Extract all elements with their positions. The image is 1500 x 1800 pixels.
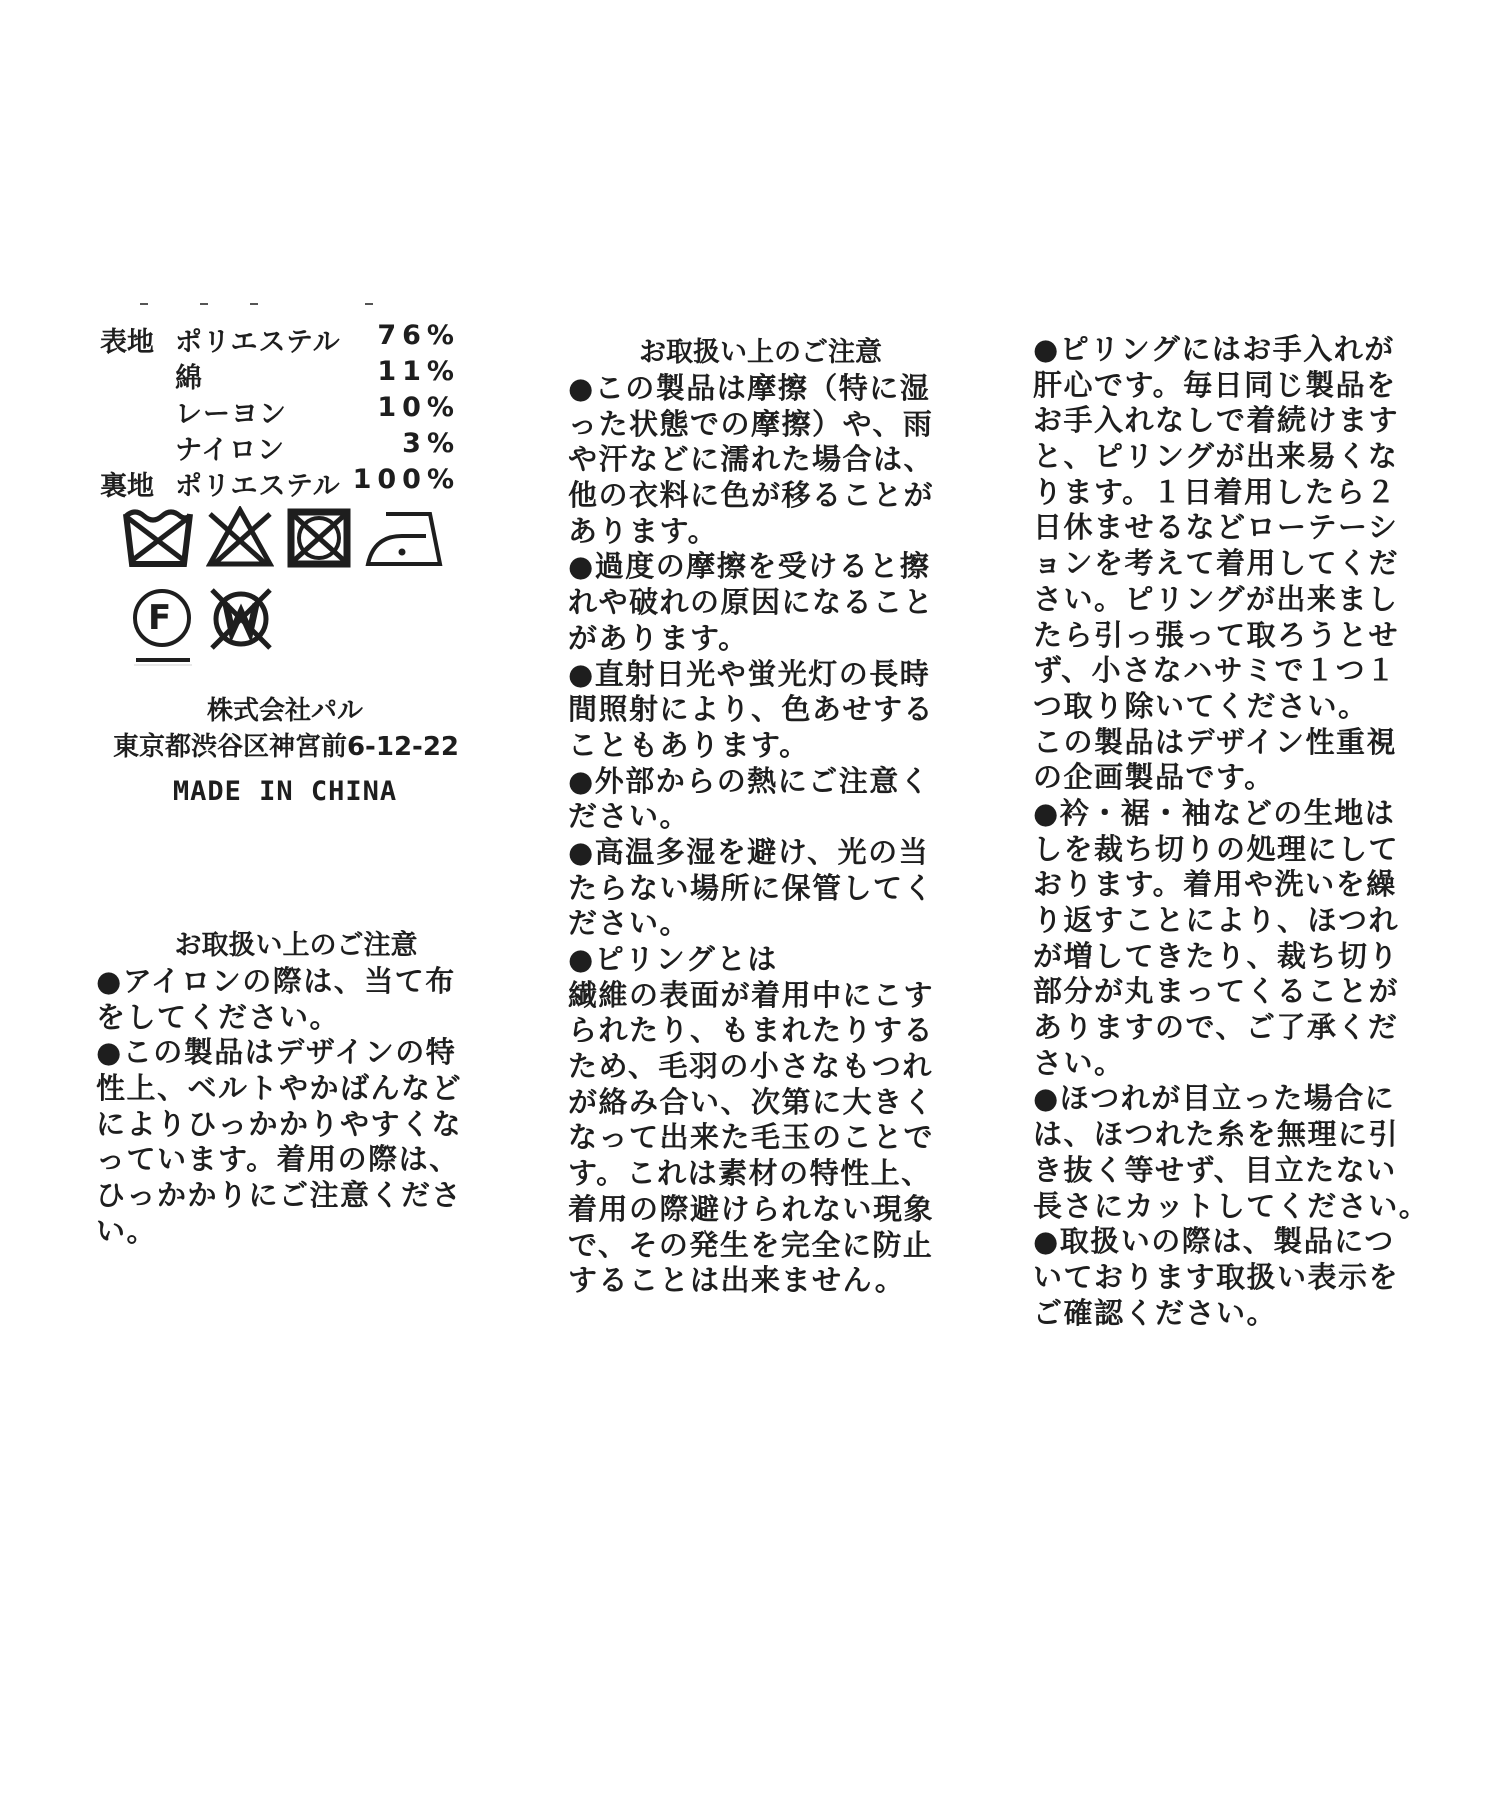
notice-line: ●アイロンの際は、当て布 [96, 964, 476, 1000]
wet-clean-prohibited-icon [208, 586, 274, 652]
notice-line: 長さにカットしてください。 [1033, 1189, 1453, 1225]
notice-line: あります。 [568, 514, 953, 550]
notice-line: たら引っ張って取ろうとせ [1033, 618, 1453, 654]
notice-line: は、ほつれた糸を無理に引 [1033, 1117, 1453, 1153]
composition-row: レーヨン 10% [100, 392, 460, 428]
notice-line: こともあります。 [568, 728, 953, 764]
composition-row: 表地 ポリエステル 76% [100, 320, 460, 356]
notice-line: 繊維の表面が着用中にこす [568, 978, 953, 1014]
material-percent: 76% [377, 320, 460, 351]
fabric-part: 裏地 [100, 464, 154, 503]
notice-line: や汗などに濡れた場合は、 [568, 442, 953, 478]
notice-line: ●この製品はデザインの特 [96, 1035, 476, 1071]
notice-line: いております取扱い表示を [1033, 1260, 1453, 1296]
notice-line: ●衿・裾・袖などの生地は [1033, 796, 1453, 832]
company-address: 東京都渋谷区神宮前6-12-22 [96, 730, 476, 764]
dry-clean-letter: F [148, 600, 171, 636]
notice-line: さい。 [1033, 1046, 1453, 1082]
notice-line: ●ピリングにはお手入れが [1033, 332, 1453, 368]
notice-line: 日休ませるなどローテーシ [1033, 510, 1453, 546]
material-name: ポリエステル [175, 464, 341, 503]
material-name: ポリエステル [175, 320, 341, 359]
wash-prohibited-icon [122, 508, 194, 568]
notice-line: ります。１日着用したら２ [1033, 475, 1453, 511]
notice-line: 性上、ベルトやかばんなど [96, 1071, 476, 1107]
notice-line: ご確認ください。 [1033, 1296, 1453, 1332]
bleach-prohibited-icon [206, 506, 274, 568]
notice-line: った状態での摩擦）や、雨 [568, 407, 953, 443]
tumble-dry-prohibited-icon [286, 508, 352, 568]
top-dash-marks [140, 303, 380, 306]
notice-line: ひっかかりにご注意くださ [96, 1178, 476, 1214]
company-name: 株式会社パル [100, 694, 470, 728]
notice-line: が絡み合い、次第に大きく [568, 1085, 953, 1121]
notice-line: おります。着用や洗いを繰 [1033, 867, 1453, 903]
notice-line: 着用の際避けられない現象 [568, 1192, 953, 1228]
notice-line: れや破れの原因になること [568, 585, 953, 621]
notice-line: することは出来ません。 [568, 1263, 953, 1299]
material-name: ナイロン [175, 428, 285, 467]
notice-line: ●外部からの熱にご注意く [568, 764, 953, 800]
material-name: 綿 [175, 356, 203, 395]
notice-line: と、ピリングが出来易くな [1033, 439, 1453, 475]
notice-line: ●直射日光や蛍光灯の長時 [568, 657, 953, 693]
notice-line: お手入れなしで着続けます [1033, 403, 1453, 439]
composition-row: 綿 11% [100, 356, 460, 392]
material-percent: 100% [353, 464, 460, 495]
notice-line: つ取り除いてください。 [1033, 689, 1453, 725]
country-of-origin: MADE IN CHINA [100, 774, 470, 810]
notice-line: り返すことにより、ほつれ [1033, 903, 1453, 939]
notice-line: 間照射により、色あせする [568, 692, 953, 728]
notice-line: ●高温多湿を避け、光の当 [568, 835, 953, 871]
notice-line: き抜く等せず、目立たない [1033, 1153, 1453, 1189]
material-name: レーヨン [175, 392, 287, 431]
notice-line: たらない場所に保管してく [568, 871, 953, 907]
notice-line: ●この製品は摩擦（特に湿 [568, 371, 953, 407]
notice-line: 他の衣料に色が移ることが [568, 478, 953, 514]
notice-line: なって出来た毛玉のことで [568, 1120, 953, 1156]
material-percent: 11% [377, 356, 460, 387]
notice-line: ●過度の摩擦を受けると擦 [568, 549, 953, 585]
notice-line: ず、小さなハサミで１つ１ [1033, 653, 1453, 689]
notice-title: お取扱い上のご注意 [96, 928, 476, 964]
notice-line: 部分が丸まってくることが [1033, 974, 1453, 1010]
notice-line: をしてください。 [96, 1000, 476, 1036]
composition-row: ナイロン 3% [100, 428, 460, 464]
notice-line: っています。着用の際は、 [96, 1142, 476, 1178]
notice-line: この製品はデザイン性重視 [1033, 725, 1453, 761]
iron-low-temp-icon [364, 510, 444, 568]
notice-line: い。 [96, 1214, 476, 1250]
notice-line: ●取扱いの際は、製品につ [1033, 1224, 1453, 1260]
middle-care-notice: お取扱い上のご注意 ●この製品は摩擦（特に湿 った状態での摩擦）や、雨 や汗など… [568, 335, 953, 1299]
notice-line: す。これは素材の特性上、 [568, 1156, 953, 1192]
notice-line: で、その発生を完全に防止 [568, 1228, 953, 1264]
notice-line: ●ほつれが目立った場合に [1033, 1081, 1453, 1117]
notice-line: が増してきたり、裁ち切り [1033, 939, 1453, 975]
material-percent: 3% [402, 428, 460, 459]
right-care-notice: ●ピリングにはお手入れが 肝心です。毎日同じ製品を お手入れなしで着続けます と… [1033, 332, 1453, 1331]
notice-line: ありますので、ご了承くだ [1033, 1010, 1453, 1046]
notice-line: があります。 [568, 621, 953, 657]
notice-title: お取扱い上のご注意 [568, 335, 953, 371]
composition-row: 裏地 ポリエステル 100% [100, 464, 460, 500]
left-care-notice: お取扱い上のご注意 ●アイロンの際は、当て布 をしてください。 ●この製品はデザ… [96, 928, 476, 1250]
notice-line: られたり、もまれたりする [568, 1013, 953, 1049]
notice-line: ださい。 [568, 906, 953, 942]
material-percent: 10% [377, 392, 460, 423]
notice-line: 肝心です。毎日同じ製品を [1033, 368, 1453, 404]
notice-line: ため、毛羽の小さなもつれ [568, 1049, 953, 1085]
notice-line: ださい。 [568, 799, 953, 835]
notice-line: さい。ピリングが出来まし [1033, 582, 1453, 618]
notice-line: しを裁ち切りの処理にして [1033, 832, 1453, 868]
notice-line: ョンを考えて着用してくだ [1033, 546, 1453, 582]
notice-line: の企画製品です。 [1033, 760, 1453, 796]
fabric-part: 表地 [100, 320, 154, 359]
notice-line: ●ピリングとは [568, 942, 953, 978]
notice-line: によりひっかかりやすくな [96, 1107, 476, 1143]
